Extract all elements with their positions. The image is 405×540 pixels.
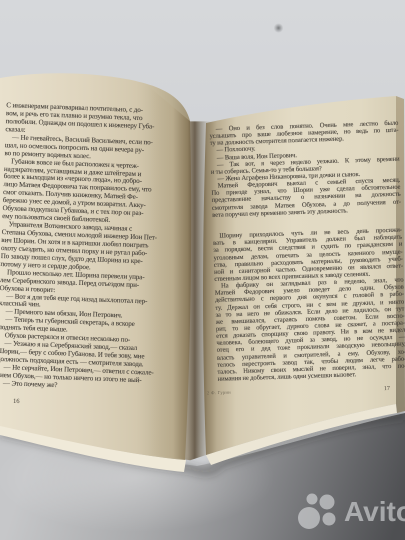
avito-watermark: Avito <box>296 492 405 532</box>
avito-logo-icon <box>296 492 340 532</box>
watermark-label: Avito <box>344 498 405 526</box>
wall-scratch-mark <box>274 23 283 33</box>
right-page-number: 17 <box>384 386 390 392</box>
book-listing-photo: С инженерами разговаривал почтительно, с… <box>0 0 405 540</box>
right-page-text: — Оно и без слов понятно. Очень мне лест… <box>207 113 405 383</box>
left-page-text: С инженерами разговаривал почтительно, с… <box>0 86 209 419</box>
printer-signature: 2 Ф. Гурин <box>207 390 231 396</box>
left-page-number: 16 <box>13 398 20 405</box>
